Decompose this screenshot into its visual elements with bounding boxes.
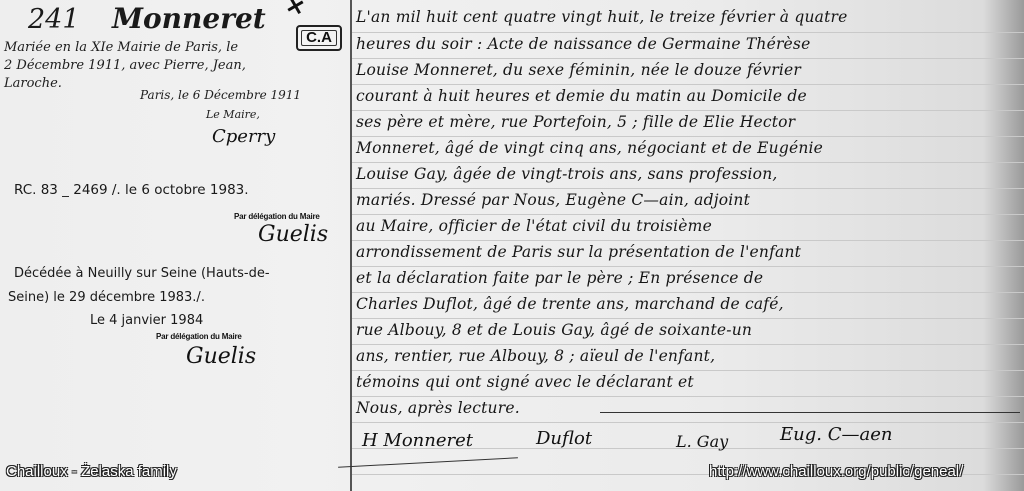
death-note-line: Décédée à Neuilly sur Seine (Hauts-de-: [14, 266, 270, 281]
ruled-line: [352, 84, 1024, 85]
act-line: L'an mil huit cent quatre vingt huit, le…: [356, 8, 848, 26]
act-line: ses père et mère, rue Portefoin, 5 ; fil…: [356, 113, 795, 131]
ruled-line: [352, 162, 1024, 163]
ruled-line: [352, 396, 1024, 397]
ruled-line: [352, 292, 1024, 293]
act-line: Nous, après lecture.: [356, 399, 520, 417]
death-note-date: Le 4 janvier 1984: [90, 313, 203, 328]
signature-father: H Monneret: [362, 430, 473, 451]
entry-number: 241: [28, 4, 80, 35]
act-line: rue Albouy, 8 et de Louis Gay, âgé de so…: [356, 321, 752, 339]
ca-stamp: C.A: [296, 25, 342, 51]
act-line: ans, rentier, rue Albouy, 8 ; aïeul de l…: [356, 347, 715, 365]
act-line: au Maire, officier de l'état civil du tr…: [356, 217, 712, 235]
ruled-line: [352, 58, 1024, 59]
act-line: Monneret, âgé de vingt cinq ans, négocia…: [356, 139, 823, 157]
marriage-place-date: Paris, le 6 Décembre 1911: [140, 88, 301, 102]
watermark-family: Chailloux - Żelaska family: [6, 463, 177, 480]
marriage-signatory-title: Le Maire,: [206, 108, 260, 121]
death-note-line: Seine) le 29 décembre 1983./.: [8, 290, 205, 305]
ruled-line: [352, 214, 1024, 215]
closing-line: [600, 412, 1020, 413]
delegate-signature: Guelis: [186, 344, 256, 369]
act-line: arrondissement de Paris sur la présentat…: [356, 243, 801, 261]
signature-flourish: [338, 457, 518, 467]
margin-divider: [350, 0, 352, 491]
marriage-note-line: Mariée en la XIe Mairie de Paris, le: [4, 40, 238, 55]
delegation-caption: Par délégation du Maire: [156, 332, 242, 341]
act-line: heures du soir : Acte de naissance de Ge…: [356, 35, 810, 53]
surname-heading: Monneret: [112, 2, 266, 35]
act-line: mariés. Dressé par Nous, Eugène C—ain, a…: [356, 191, 750, 209]
register-page: 241 Monneret ✕ C.A Mariée en la XIe Mair…: [0, 0, 1024, 491]
ruled-line: [352, 110, 1024, 111]
act-line: témoins qui ont signé avec le déclarant …: [356, 373, 694, 391]
signature-witness-duflot: Duflot: [536, 428, 592, 449]
ruled-line: [352, 240, 1024, 241]
mayor-signature: Cperry: [212, 126, 275, 147]
ruled-line: [352, 344, 1024, 345]
ruled-line: [352, 370, 1024, 371]
delegate-signature: Guelis: [258, 222, 328, 247]
watermark-url: http://www.chailloux.org/public/geneal/: [709, 463, 963, 480]
ruled-line: [352, 266, 1024, 267]
act-line: Charles Duflot, âgé de trente ans, march…: [356, 295, 784, 313]
marriage-note-line: 2 Décembre 1911, avec Pierre, Jean,: [4, 58, 246, 73]
ruled-line: [352, 188, 1024, 189]
cross-mark-icon: ✕: [283, 0, 308, 22]
marriage-note-line: Laroche.: [4, 76, 62, 91]
act-line: et la déclaration faite par le père ; En…: [356, 269, 763, 287]
signature-officer: Eug. C—aen: [780, 424, 892, 445]
act-line: Louise Gay, âgée de vingt-trois ans, san…: [356, 165, 778, 183]
ruled-line: [352, 422, 1024, 423]
act-line: courant à huit heures et demie du matin …: [356, 87, 807, 105]
ruled-line: [352, 32, 1024, 33]
act-line: Louise Monneret, du sexe féminin, née le…: [356, 61, 801, 79]
signature-witness-gay: L. Gay: [676, 432, 728, 451]
ruled-line: [352, 136, 1024, 137]
rc-note: RC. 83 _ 2469 /. le 6 octobre 1983.: [14, 182, 249, 198]
ruled-line: [352, 318, 1024, 319]
delegation-caption: Par délégation du Maire: [234, 212, 320, 221]
